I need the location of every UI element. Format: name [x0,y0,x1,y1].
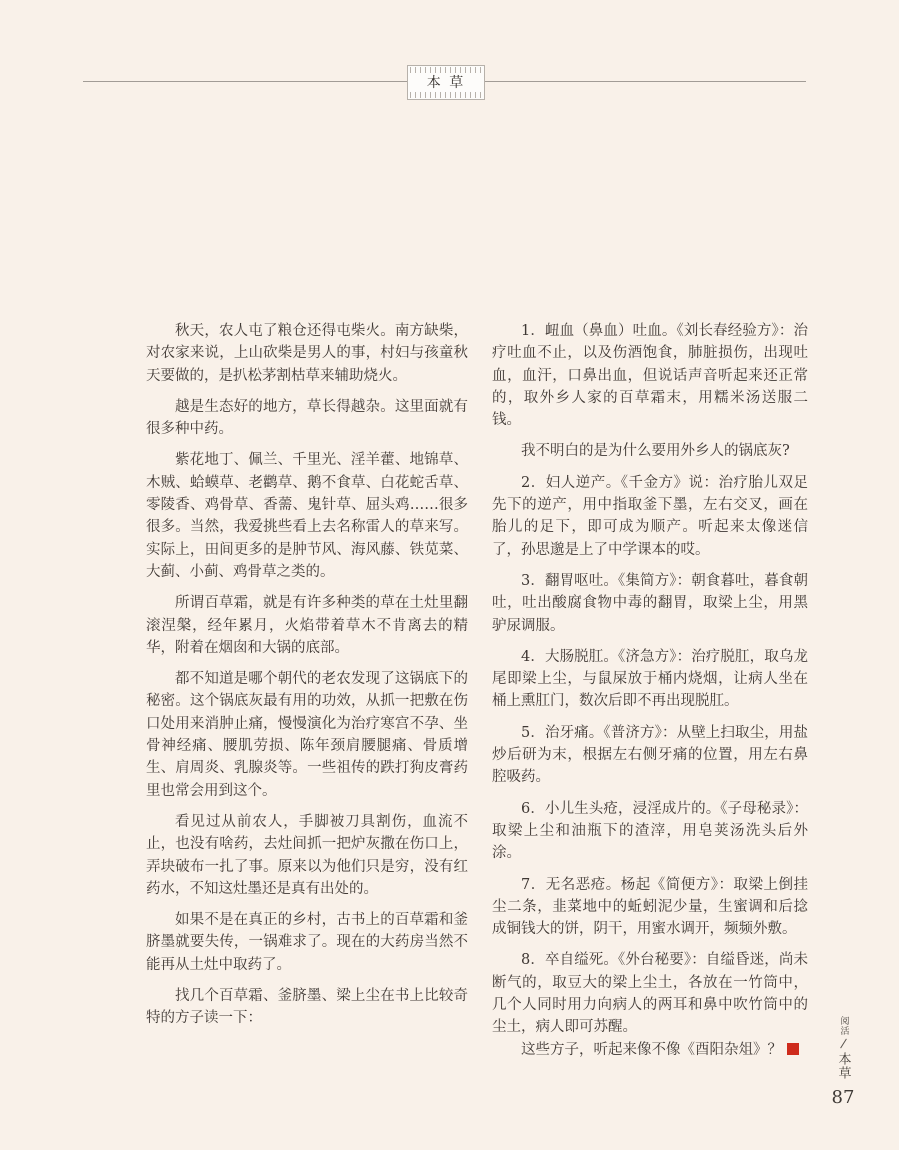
spine-section-label: 阅活 [839,1016,848,1036]
paragraph: 如果不是在真正的乡村，古书上的百草霜和釜脐墨就要失传，一锅难求了。现在的大药房当… [146,909,468,976]
chapter-title-box: 本 草 [407,65,485,100]
page-number: 87 [832,1087,855,1108]
paragraph: 紫花地丁、佩兰、千里光、淫羊藿、地锦草、木贼、蛤蟆草、老鹳草、鹅不食草、白花蛇舌… [146,449,468,583]
left-text-column: 秋天，农人屯了粮仓还得屯柴火。南方缺柴，对农家来说，上山砍柴是男人的事，村妇与孩… [146,320,468,1030]
paragraph: 找几个百草霜、釜脐墨、梁上尘在书上比较奇特的方子读一下： [146,985,468,1030]
filmstrip-perforation-top-icon [410,67,482,73]
paragraph: 3．翻胃呕吐。《集简方》：朝食暮吐，暮食朝吐，吐出酸腐食物中毒的翻胃，取梁上尘，… [492,570,808,637]
chapter-title: 本 草 [427,76,465,90]
book-page: 本 草 秋天，农人屯了粮仓还得屯柴火。南方缺柴，对农家来说，上山砍柴是男人的事，… [0,0,899,1150]
end-mark-square [787,1043,799,1055]
paragraph: 都不知道是哪个朝代的老农发现了这锅底下的秘密。这个锅底灰最有用的功效，从抓一把敷… [146,668,468,802]
paragraph: 4．大肠脱肛。《济急方》：治疗脱肛，取乌龙尾即梁上尘，与鼠屎放于桶内烧烟，让病人… [492,646,808,713]
paragraph: 8．卒自缢死。《外台秘要》：自缢昏迷，尚未断气的，取豆大的梁上尘土，各放在一竹筒… [492,949,808,1038]
page-spine: 阅活 本草 87 [826,1016,860,1108]
paragraph: 6．小儿生头疮，浸淫成片的。《子母秘录》：取梁上尘和油瓶下的渣滓，用皂荚汤洗头后… [492,798,808,865]
paragraph: 越是生态好的地方，草长得越杂。这里面就有很多种中药。 [146,396,468,441]
closing-text: 这些方子，听起来像不像《酉阳杂俎》？ [521,1042,782,1058]
closing-paragraph: 这些方子，听起来像不像《酉阳杂俎》？ [492,1039,808,1061]
paragraph: 7．无名恶疮。杨起《简便方》：取梁上倒挂尘二条，韭菜地中的蚯蚓泥少量，生蜜调和后… [492,874,808,941]
filmstrip-perforation-bottom-icon [410,92,482,98]
paragraph: 我不明白的是为什么要用外乡人的锅底灰? [492,440,808,462]
right-text-column: 1．衄血（鼻血）吐血。《刘长春经验方》：治疗吐血不止，以及伤酒饱食，肺脏损伤，出… [492,320,808,1061]
paragraph: 5．治牙痛。《普济方》：从壁上扫取尘，用盐炒后研为末，根据左右侧牙痛的位置，用左… [492,722,808,789]
paragraph: 所谓百草霜，就是有许多种类的草在土灶里翻滚涅槃，经年累月，火焰带着草木不肯离去的… [146,592,468,659]
right-column-paragraphs: 1．衄血（鼻血）吐血。《刘长春经验方》：治疗吐血不止，以及伤酒饱食，肺脏损伤，出… [492,320,808,1039]
paragraph: 秋天，农人屯了粮仓还得屯柴火。南方缺柴，对农家来说，上山砍柴是男人的事，村妇与孩… [146,320,468,387]
paragraph: 2．妇人逆产。《千金方》说：治疗胎儿双足先下的逆产，用中指取釜下墨，左右交叉，画… [492,472,808,561]
paragraph: 看见过从前农人，手脚被刀具割伤，血流不止，也没有啥药，去灶间抓一把炉灰撒在伤口上… [146,811,468,900]
spine-chapter-label: 本草 [837,1052,850,1080]
spine-slash-icon [840,1039,847,1049]
paragraph: 1．衄血（鼻血）吐血。《刘长春经验方》：治疗吐血不止，以及伤酒饱食，肺脏损伤，出… [492,320,808,431]
